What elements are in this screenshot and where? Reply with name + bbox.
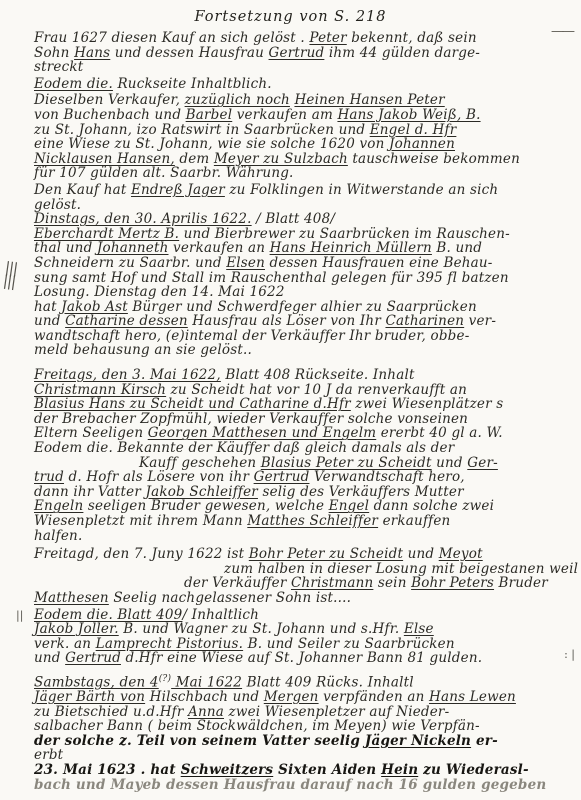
page-title: Fortsetzung von S. 218 — [0, 0, 581, 25]
underlined-text: Eodem die. Blatt 409 — [34, 607, 182, 623]
text-segment: Losung. Dienstag den 14. Mai 1622 — [34, 284, 285, 300]
underlined-text: Georgen Matthesen und Engelm — [148, 425, 377, 441]
document-line: Matthesen Seelig nachgelassener Sohn ist… — [34, 591, 571, 606]
underlined-text: Engeln — [34, 498, 83, 514]
document-line: Wiesenpletzt mit ihrem Mann Matthes Schl… — [34, 514, 571, 529]
text-segment: selig des Verkäuffers Mutter — [258, 484, 464, 500]
paragraph: Frau 1627 diesen Kauf an sich gelöst . P… — [34, 31, 571, 75]
text-segment: seeligen Bruder gewesen, welche — [83, 498, 328, 514]
text-segment: Hausfrau als Löser von Ihr — [188, 313, 386, 329]
document-line: Losung. Dienstag den 14. Mai 1622 — [34, 285, 571, 300]
paragraph: Eodem die. Ruckseite Inhaltblich. — [34, 77, 571, 92]
document-line: Den Kauf hat Endreß Jager zu Folklingen … — [34, 183, 571, 198]
underlined-text: Dinstags, den 30. Aprilis 1622. — [34, 211, 252, 227]
document-line: Dieselben Verkaufer, zuzüglich noch Hein… — [34, 93, 571, 108]
document-line: gelöst. — [34, 198, 571, 213]
text-segment: dessen Hausfrauen eine Behau- — [265, 255, 493, 271]
document-line: Schneidern zu Saarbr. und Elsen dessen H… — [34, 256, 571, 271]
text-segment: der solche z. Teil von seinem Vatter see… — [34, 733, 365, 749]
document-page: Fortsetzung von S. 218 Frau 1627 diesen … — [0, 0, 581, 800]
paragraph: Den Kauf hat Endreß Jager zu Folklingen … — [34, 183, 571, 212]
text-segment: dem — [175, 151, 214, 167]
paragraph: Freitagd, den 7. Juny 1622 ist Bohr Pete… — [34, 547, 571, 605]
document-line: sung samt Hof und Stall im Rauschenthal … — [34, 271, 571, 286]
text-segment: Bürger und Schwerdfeger alhier zu Saarpr… — [128, 299, 477, 315]
text-segment: Kauff geschehen — [139, 455, 261, 471]
text-segment: Verwandtschaft hero, — [309, 469, 464, 485]
document-line: für 107 gülden alt. Saarbr. Währung. — [34, 166, 571, 181]
underlined-text: Ger- — [467, 455, 498, 471]
document-line: Christmann Kirsch zu Scheidt hat vor 10 … — [34, 383, 571, 398]
document-line: der Verkäuffer Christmann sein Bohr Pete… — [34, 576, 571, 591]
text-segment: Den Kauf hat — [34, 182, 131, 198]
paragraph: Eodem die. Blatt 409/ InhaltlichJakob Jo… — [34, 608, 571, 666]
document-line: Sambstags, den 4(?) Mai 1622 Blatt 409 R… — [34, 672, 571, 690]
text-segment: sung samt Hof und Stall im Rauschenthal … — [34, 270, 509, 286]
underlined-text: Anna — [188, 704, 224, 720]
text-segment: zu Scheidt hat vor 10 J da renverkaufft … — [166, 382, 467, 398]
underlined-text: Hans — [74, 45, 110, 61]
document-line: Kauff geschehen Blasius Peter zu Scheidt… — [34, 456, 571, 471]
underlined-text: Christmann Kirsch — [34, 382, 166, 398]
paragraph: Dinstags, den 30. Aprilis 1622. / Blatt … — [34, 212, 571, 358]
text-segment: zwei Wiesenpletzer auf Nieder- — [224, 704, 449, 720]
document-line: thal und Johanneth verkaufen an Hans Hei… — [34, 241, 571, 256]
underlined-text: Blasius Hans zu Scheidt und Catharine d.… — [34, 396, 351, 412]
text-segment: dann solche zwei — [369, 498, 494, 514]
text-segment: Frau 1627 diesen Kauf an sich gelöst . — [34, 30, 309, 46]
underlined-text: Johanneth — [97, 240, 169, 256]
underlined-text: trud — [34, 469, 64, 485]
document-line: Eberchardt Mertz B. und Bierbrewer zu Sa… — [34, 227, 571, 242]
text-segment: der Brebacher Zopfmühl, wieder Verkauffe… — [34, 411, 468, 427]
text-segment: und — [34, 313, 65, 329]
underlined-text: Eberchardt Mertz B. — [34, 226, 179, 242]
text-segment: Ruckseite Inhaltblich. — [113, 76, 272, 92]
text-segment: Sohn — [34, 45, 74, 61]
text-segment: zwei Wiesenplätzer s — [351, 396, 504, 412]
underlined-text: Bohr Peters — [411, 575, 494, 591]
underlined-text: Matthes Schleiffer — [247, 513, 378, 529]
document-line: trud d. Hofr als Lösere von ihr Gertrud … — [34, 470, 571, 485]
text-segment: meld behausung an sie gelöst.. — [34, 342, 252, 358]
text-segment: und — [34, 650, 65, 666]
underlined-text: Matthesen — [34, 590, 109, 606]
underlined-text: Jakob Joller. — [34, 621, 119, 637]
text-segment: 23. Mai 1623 . hat — [34, 762, 181, 778]
underlined-text: Freitags, den 3. Mai 1622, — [34, 367, 221, 383]
document-line: Eodem die. Blatt 409/ Inhaltlich — [34, 608, 571, 623]
underlined-text: Gertrud — [65, 650, 121, 666]
text-segment: für 107 gülden alt. Saarbr. Währung. — [34, 165, 294, 181]
underlined-text: Lamprecht Pistorius. — [96, 636, 243, 652]
text-segment: sein — [373, 575, 411, 591]
underlined-text: Mergen — [264, 689, 319, 705]
document-line: halfen. — [34, 529, 571, 544]
text-segment: und dessen Hausfrau — [110, 45, 268, 61]
text-segment: und Bierbrewer zu Saarbrücken im Rausche… — [179, 226, 510, 242]
text-segment: Sixten Aiden — [273, 762, 381, 778]
underlined-text: Hans Heinrich Müllern — [270, 240, 432, 256]
text-segment: B. und — [432, 240, 482, 256]
text-segment: er- — [471, 733, 498, 749]
document-line: und Catharine dessen Hausfrau als Löser … — [34, 314, 571, 329]
text-segment: Freitagd, den 7. Juny 1622 ist — [34, 546, 249, 562]
text-segment: Blatt 409 Rücks. Inhaltl — [242, 674, 414, 690]
underlined-text: Christmann — [291, 575, 373, 591]
text-segment: Eodem die. Bekannte der Käuffer daß glei… — [34, 440, 454, 456]
document-line: eine Wiese zu St. Johann, wie sie solche… — [34, 137, 571, 152]
text-segment: d.Hfr eine Wiese auf St. Johanner Bann 8… — [121, 650, 482, 666]
text-segment: erkauffen — [378, 513, 450, 529]
text-segment: Eltern Seeligen — [34, 425, 148, 441]
text-segment: B. und Seiler zu Saarbrücken — [243, 636, 455, 652]
document-line: Jäger Bärth von Hilschbach und Mergen ve… — [34, 690, 571, 705]
document-line: meld behausung an sie gelöst.. — [34, 343, 571, 358]
text-segment: der Verkäuffer — [184, 575, 291, 591]
text-segment: von Buchenbach und — [34, 107, 186, 123]
document-line: Freitags, den 3. Mai 1622, Blatt 408 Rüc… — [34, 368, 571, 383]
underlined-text: Jäger Nickeln — [365, 733, 471, 749]
document-line: salbacher Bann ( beim Stockwäldchen, im … — [34, 719, 571, 734]
document-line: streckt — [34, 60, 571, 75]
underlined-text: zuzüglich noch — [185, 92, 290, 108]
underlined-text: Meyot — [439, 546, 483, 562]
underlined-text: Jakob Schleiffer — [145, 484, 257, 500]
underlined-text: Peter — [309, 30, 346, 46]
text-segment: zu Bietschied u.d.Hfr — [34, 704, 188, 720]
underlined-text: Johannen — [389, 136, 455, 152]
text-segment: Seelig nachgelassener Sohn ist.... — [109, 590, 351, 606]
text-segment: verkaufen am — [232, 107, 337, 123]
document-line: erbt — [34, 748, 571, 763]
paragraph: Freitags, den 3. Mai 1622, Blatt 408 Rüc… — [34, 368, 571, 543]
text-segment: thal und — [34, 240, 97, 256]
underlined-text: Mai 1622 — [171, 674, 242, 690]
text-segment: verpfänden an — [319, 689, 429, 705]
text-segment: zu Wiederasl- — [418, 762, 529, 778]
underlined-text: Engel d. Hfr — [370, 122, 457, 138]
document-line: zu Bietschied u.d.Hfr Anna zwei Wiesenpl… — [34, 705, 571, 720]
document-line: Eltern Seeligen Georgen Matthesen und En… — [34, 426, 571, 441]
text-segment: tauschweise bekommen — [348, 151, 520, 167]
text-segment: Dieselben Verkaufer, — [34, 92, 185, 108]
document-line: 23. Mai 1623 . hat Schweitzers Sixten Ai… — [34, 763, 571, 778]
underlined-text: Bohr Peter zu Scheidt — [249, 546, 403, 562]
underlined-text: Catharinen — [385, 313, 464, 329]
text-segment: und — [403, 546, 439, 562]
underlined-text: Engel — [329, 498, 370, 514]
underlined-text: Blasius Peter zu Scheidt — [261, 455, 432, 471]
underlined-text: Gertrud — [269, 45, 325, 61]
text-segment: eine Wiese zu St. Johann, wie sie solche… — [34, 136, 389, 152]
text-segment: Blatt 408 Rückseite. Inhalt — [221, 367, 415, 383]
document-line: zum halben in dieser Losung mit beigesta… — [34, 562, 571, 577]
underlined-text: Hein — [381, 762, 418, 778]
text-segment: gelöst. — [34, 197, 81, 213]
text-segment: wandtschaft hero, (e)intemal der Verkäuf… — [34, 328, 469, 344]
underlined-text: Heinen Hansen Peter — [294, 92, 444, 108]
text-segment: zum halben in dieser Losung mit beigesta… — [224, 561, 578, 577]
underlined-text: Sambstags, den 4 — [34, 674, 159, 690]
text-segment: zu Folklingen in Witwerstande an sich — [225, 182, 498, 198]
document-line: Eodem die. Bekannte der Käuffer daß glei… — [34, 441, 571, 456]
underlined-text: Jakob Ast — [61, 299, 128, 315]
document-line: hat Jakob Ast Bürger und Schwerdfeger al… — [34, 300, 571, 315]
paragraph: Dieselben Verkaufer, zuzüglich noch Hein… — [34, 93, 571, 181]
text-segment: bach und Mayeb dessen Hausfrau darauf na… — [34, 777, 546, 793]
text-segment: halfen. — [34, 528, 82, 544]
document-line: und Gertrud d.Hfr eine Wiese auf St. Joh… — [34, 651, 571, 666]
text-segment: (?) — [159, 674, 171, 684]
underlined-text: Else — [404, 621, 434, 637]
text-segment: / Blatt 408/ — [252, 211, 335, 227]
underlined-text: Jäger Bärth von — [34, 689, 145, 705]
document-body: Frau 1627 diesen Kauf an sich gelöst . P… — [0, 25, 581, 792]
underlined-text: Schweitzers — [181, 762, 274, 778]
document-line: zu St. Johann, izo Ratswirt in Saarbrück… — [34, 123, 571, 138]
underlined-text: Hans Jakob Weiß, B. — [337, 107, 480, 123]
document-line: Jakob Joller. B. und Wagner zu St. Johan… — [34, 622, 571, 637]
text-segment: verkaufen an — [169, 240, 270, 256]
document-line: Sohn Hans und dessen Hausfrau Gertrud ih… — [34, 46, 571, 61]
document-line: Eodem die. Ruckseite Inhaltblich. — [34, 77, 571, 92]
text-segment: ererbt 40 gl a. W. — [376, 425, 503, 441]
document-line: verk. an Lamprecht Pistorius. B. und Sei… — [34, 637, 571, 652]
document-line: der solche z. Teil von seinem Vatter see… — [34, 734, 571, 749]
paragraph: Sambstags, den 4(?) Mai 1622 Blatt 409 R… — [34, 672, 571, 792]
underlined-text: Nicklausen Hansen, — [34, 151, 175, 167]
text-segment: / Inhaltlich — [182, 607, 259, 623]
document-line: Nicklausen Hansen, dem Meyer zu Sulzbach… — [34, 152, 571, 167]
document-line: von Buchenbach und Barbel verkaufen am H… — [34, 108, 571, 123]
document-line: bach und Mayeb dessen Hausfrau darauf na… — [34, 778, 571, 793]
text-segment: ver- — [464, 313, 496, 329]
text-segment: streckt — [34, 59, 83, 75]
underlined-text: Catharine dessen — [65, 313, 188, 329]
document-line: der Brebacher Zopfmühl, wieder Verkauffe… — [34, 412, 571, 427]
underlined-text: Hans Lewen — [429, 689, 516, 705]
text-segment: B. und Wagner zu St. Johann und s.Hfr. — [119, 621, 404, 637]
text-segment: bekennt, daß sein — [347, 30, 477, 46]
text-segment: Schneidern zu Saarbr. und — [34, 255, 226, 271]
underlined-text: Gertrud — [254, 469, 310, 485]
text-segment: hat — [34, 299, 61, 315]
document-line: Freitagd, den 7. Juny 1622 ist Bohr Pete… — [34, 547, 571, 562]
underlined-text: Elsen — [226, 255, 265, 271]
document-line: wandtschaft hero, (e)intemal der Verkäuf… — [34, 329, 571, 344]
document-line: Dinstags, den 30. Aprilis 1622. / Blatt … — [34, 212, 571, 227]
text-segment: dann ihr Vatter — [34, 484, 145, 500]
document-line: dann ihr Vatter Jakob Schleiffer selig d… — [34, 485, 571, 500]
underlined-text: Endreß Jager — [131, 182, 225, 198]
underlined-text: Barbel — [186, 107, 233, 123]
text-segment: d. Hofr als Lösere von ihr — [64, 469, 254, 485]
text-segment: Bruder — [494, 575, 548, 591]
underlined-text: Meyer zu Sulzbach — [214, 151, 348, 167]
document-line: Engeln seeligen Bruder gewesen, welche E… — [34, 499, 571, 514]
text-segment: verk. an — [34, 636, 96, 652]
text-segment: erbt — [34, 747, 63, 763]
text-segment: salbacher Bann ( beim Stockwäldchen, im … — [34, 718, 480, 734]
text-segment: zu St. Johann, izo Ratswirt in Saarbrück… — [34, 122, 370, 138]
underlined-text: Eodem die. — [34, 76, 113, 92]
document-line: Frau 1627 diesen Kauf an sich gelöst . P… — [34, 31, 571, 46]
text-segment: Hilschbach und — [145, 689, 264, 705]
document-line: Blasius Hans zu Scheidt und Catharine d.… — [34, 397, 571, 412]
text-segment: Wiesenpletzt mit ihrem Mann — [34, 513, 247, 529]
text-segment: ihm 44 gülden darge- — [324, 45, 480, 61]
text-segment: und — [432, 455, 468, 471]
